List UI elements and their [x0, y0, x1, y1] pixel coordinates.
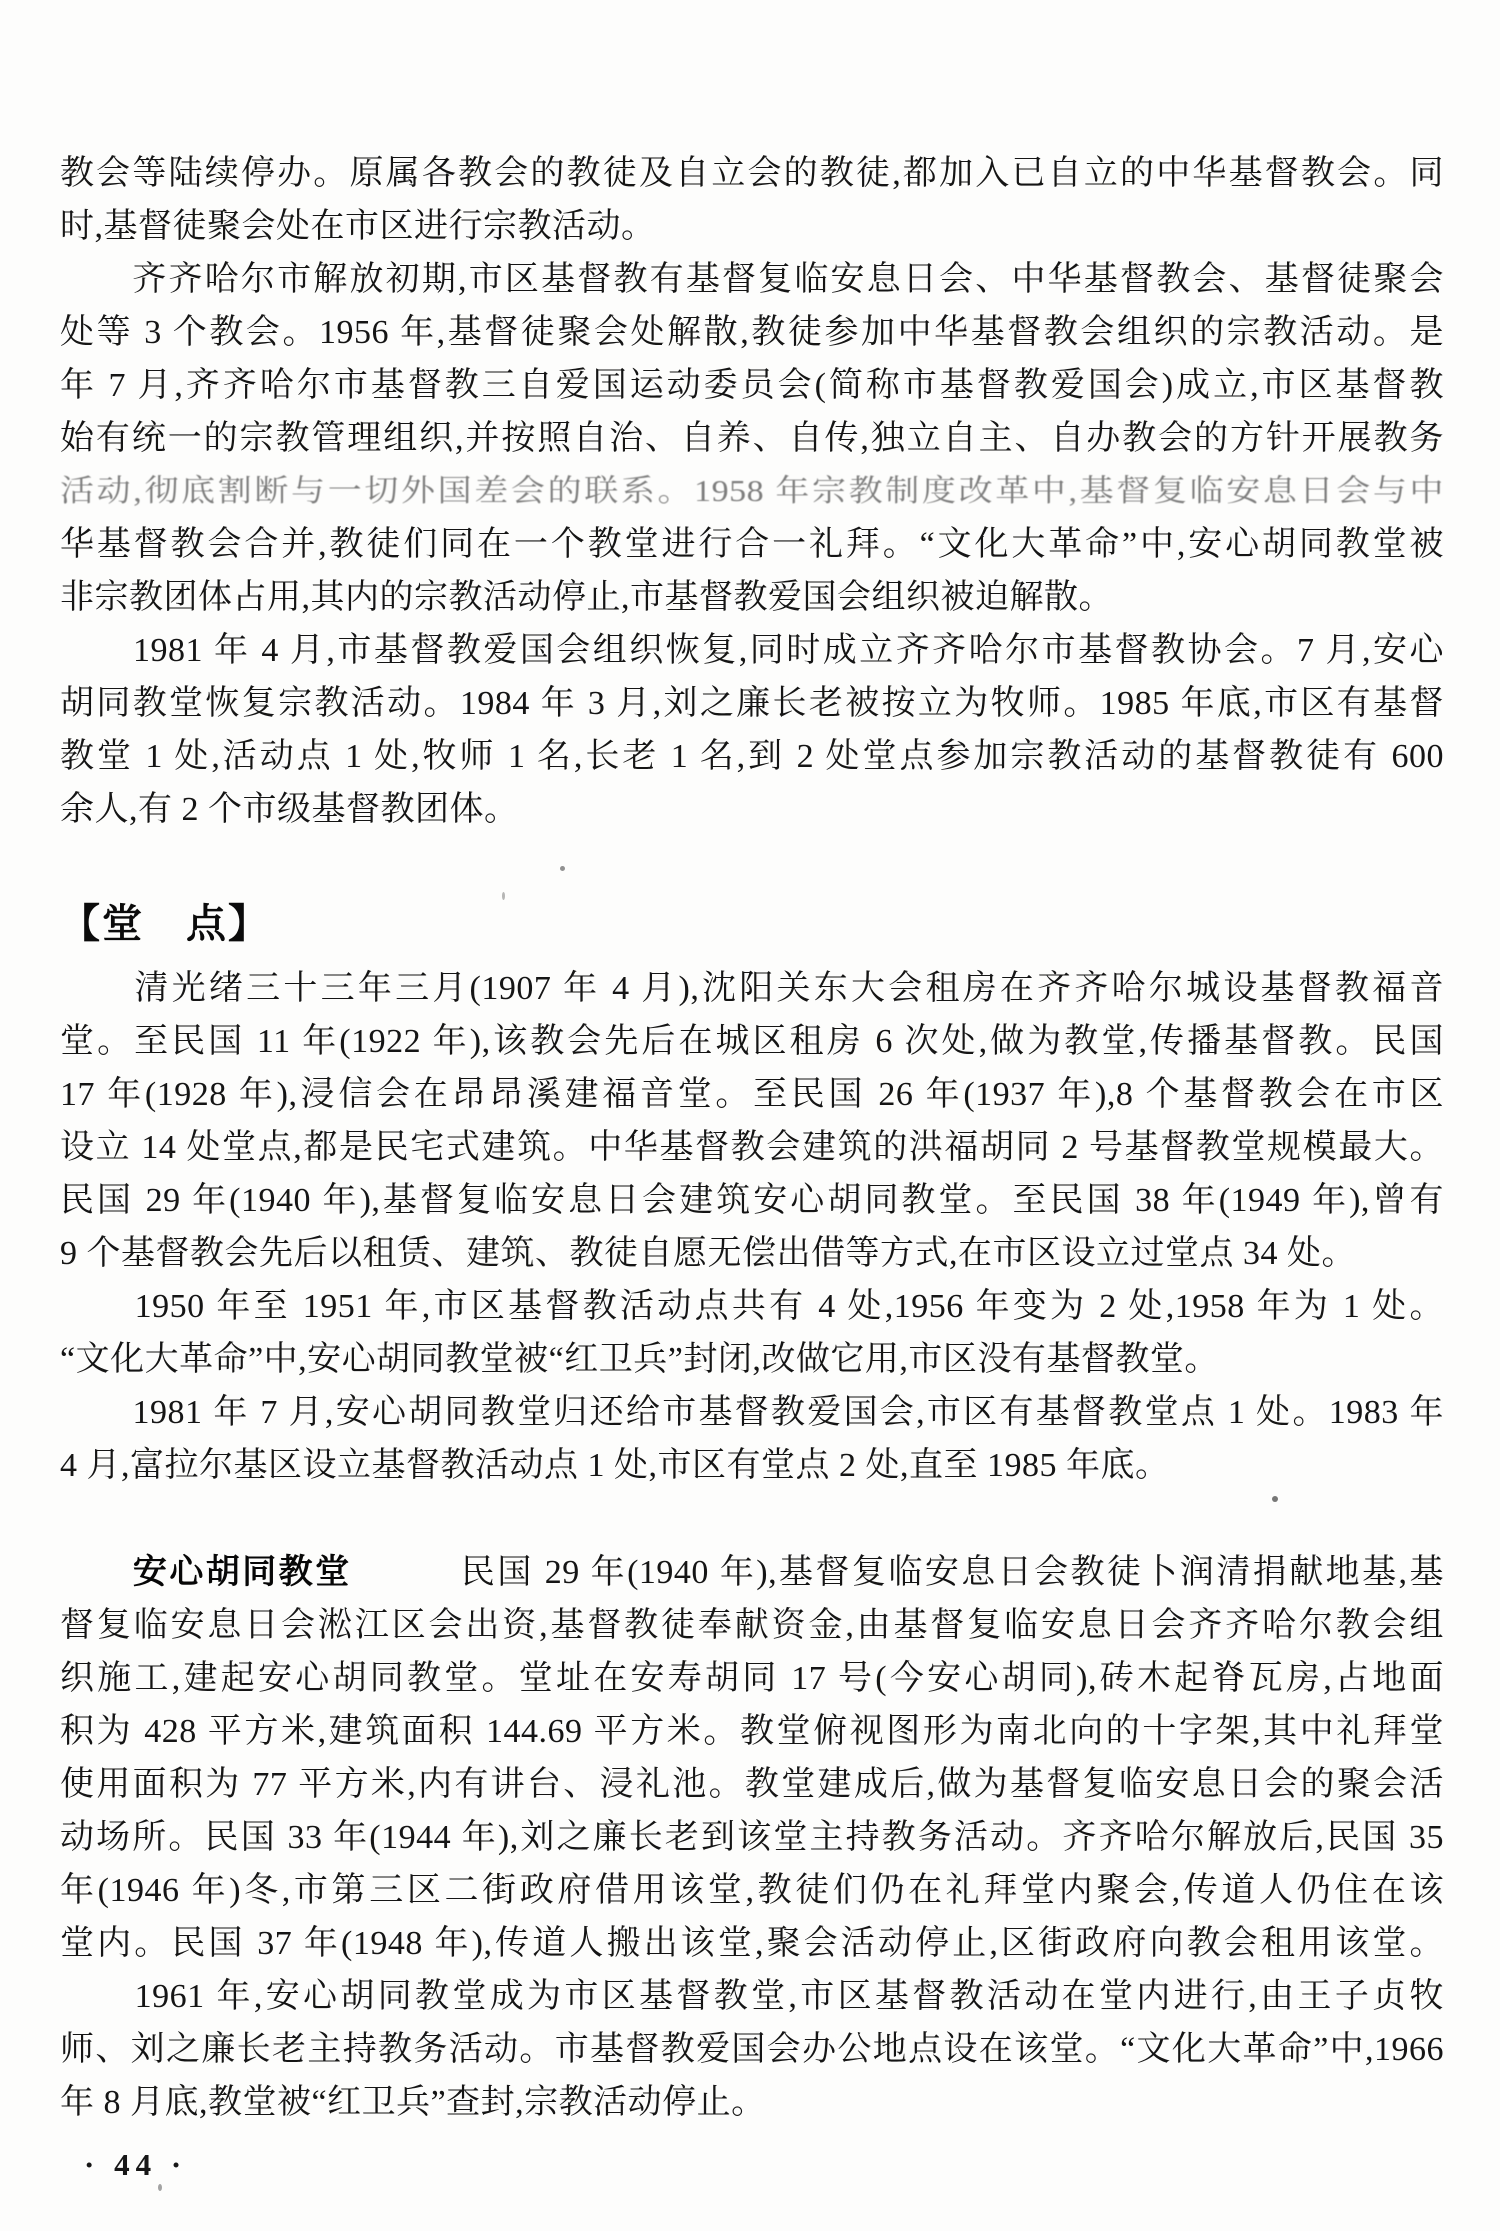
text-line: 时,基督徒聚会处在市区进行宗教活动。 [60, 200, 1444, 253]
text-line: 余人,有 2 个市级基督教团体。 [60, 783, 1444, 836]
text-line: 华基督教会合并,教徒们同在一个教堂进行合一礼拜。“文化大革命”中,安心胡同教堂被 [60, 518, 1444, 571]
entry-indent [60, 1554, 133, 1591]
scan-speck [560, 866, 565, 871]
text-line: 设立 14 处堂点,都是民宅式建筑。中华基督教会建筑的洪福胡同 2 号基督教堂规… [60, 1121, 1444, 1174]
text-line: 教堂 1 处,活动点 1 处,牧师 1 名,长老 1 名,到 2 处堂点参加宗教… [60, 730, 1444, 783]
text-line: 堂内。民国 37 年(1948 年),传道人搬出该堂,聚会活动停止,区街政府向教… [60, 1917, 1444, 1970]
intro-section: 教会等陆续停办。原属各教会的教徒及自立会的教徒,都加入已自立的中华基督教会。同时… [60, 147, 1444, 836]
page-number: · 44 · [60, 2147, 1444, 2183]
tangdian-paragraph-1: 清光绪三十三年三月(1907 年 4 月),沈阳关东大会租房在齐齐哈尔城设基督教… [60, 962, 1444, 1280]
text-line: 1981 年 4 月,市基督教爱国会组织恢复,同时成立齐齐哈尔市基督教协会。7 … [60, 624, 1444, 677]
text-line: 年 7 月,齐齐哈尔市基督教三自爱国运动委员会(简称市基督教爱国会)成立,市区基… [60, 359, 1444, 412]
tangdian-section: 清光绪三十三年三月(1907 年 4 月),沈阳关东大会租房在齐齐哈尔城设基督教… [60, 962, 1444, 1492]
text-line: 师、刘之廉长老主持教务活动。市基督教爱国会办公地点设在该堂。“文化大革命”中,1… [60, 2023, 1444, 2076]
entry-paragraph-1: 督复临安息日会淞江区会出资,基督教徒奉献资金,由基督复临安息日会齐齐哈尔教会组织… [60, 1599, 1444, 1970]
intro-paragraph-3: 1981 年 4 月,市基督教爱国会组织恢复,同时成立齐齐哈尔市基督教协会。7 … [60, 624, 1444, 836]
entry-first-line-text: 民国 29 年(1940 年),基督复临安息日会教徒卜润清捐献地基,基 [461, 1554, 1444, 1591]
entry-paragraph-2: 1961 年,安心胡同教堂成为市区基督教堂,市区基督教活动在堂内进行,由王子贞牧… [60, 1970, 1444, 2129]
entry-title: 安心胡同教堂 [133, 1554, 352, 1591]
text-line: 处等 3 个教会。1956 年,基督徒聚会处解散,教徒参加中华基督教会组织的宗教… [60, 306, 1444, 359]
text-line: 教会等陆续停办。原属各教会的教徒及自立会的教徒,都加入已自立的中华基督教会。同 [60, 147, 1444, 200]
scan-speck [1272, 1496, 1278, 1502]
text-line: 织施工,建起安心胡同教堂。堂址在安寿胡同 17 号(今安心胡同),砖木起脊瓦房,… [60, 1652, 1444, 1705]
text-line: 非宗教团体占用,其内的宗教活动停止,市基督教爱国会组织被迫解散。 [60, 571, 1444, 624]
text-line: 督复临安息日会淞江区会出资,基督教徒奉献资金,由基督复临安息日会齐齐哈尔教会组 [60, 1599, 1444, 1652]
text-line: 积为 428 平方米,建筑面积 144.69 平方米。教堂俯视图形为南北向的十字… [60, 1705, 1444, 1758]
text-line: 年(1946 年)冬,市第三区二街政府借用该堂,教徒们仍在礼拜堂内聚会,传道人仍… [60, 1864, 1444, 1917]
anxin-church-entry: 安心胡同教堂 民国 29 年(1940 年),基督复临安息日会教徒卜润清捐献地基… [60, 1546, 1444, 2129]
intro-paragraph-2: 齐齐哈尔市解放初期,市区基督教有基督复临安息日会、中华基督教会、基督徒聚会处等 … [60, 253, 1444, 624]
text-line: 民国 29 年(1940 年),基督复临安息日会建筑安心胡同教堂。至民国 38 … [60, 1174, 1444, 1227]
text-line: 活动,彻底割断与一切外国差会的联系。1958 年宗教制度改革中,基督复临安息日会… [60, 468, 1444, 516]
text-line: 1961 年,安心胡同教堂成为市区基督教堂,市区基督教活动在堂内进行,由王子贞牧 [60, 1970, 1444, 2023]
text-line: 年 8 月底,教堂被“红卫兵”查封,宗教活动停止。 [60, 2076, 1444, 2129]
text-line: 动场所。民国 33 年(1944 年),刘之廉长老到该堂主持教务活动。齐齐哈尔解… [60, 1811, 1444, 1864]
scan-speck [502, 892, 505, 900]
text-line: 9 个基督教会先后以租赁、建筑、教徒自愿无偿出借等方式,在市区设立过堂点 34 … [60, 1227, 1444, 1280]
text-line: 始有统一的宗教管理组织,并按照自治、自养、自传,独立自主、自办教会的方针开展教务 [60, 412, 1444, 465]
text-block: 教会等陆续停办。原属各教会的教徒及自立会的教徒,都加入已自立的中华基督教会。同时… [60, 147, 1444, 2183]
tangdian-paragraph-2: 1950 年至 1951 年,市区基督教活动点共有 4 处,1956 年变为 2… [60, 1280, 1444, 1386]
section-header-tangdian: 【堂 点】 [60, 896, 1444, 952]
text-line: 堂。至民国 11 年(1922 年),该教会先后在城区租房 6 次处,做为教堂,… [60, 1015, 1444, 1068]
text-line: 使用面积为 77 平方米,内有讲台、浸礼池。教堂建成后,做为基督复临安息日会的聚… [60, 1758, 1444, 1811]
text-line: 1950 年至 1951 年,市区基督教活动点共有 4 处,1956 年变为 2… [60, 1280, 1444, 1333]
text-line: 1981 年 7 月,安心胡同教堂归还给市基督教爱国会,市区有基督教堂点 1 处… [60, 1386, 1444, 1439]
entry-title-gap [352, 1554, 461, 1591]
entry-first-line: 安心胡同教堂 民国 29 年(1940 年),基督复临安息日会教徒卜润清捐献地基… [60, 1546, 1444, 1599]
scan-speck [158, 2184, 162, 2191]
text-line: “文化大革命”中,安心胡同教堂被“红卫兵”封闭,改做它用,市区没有基督教堂。 [60, 1333, 1444, 1386]
document-page: 教会等陆续停办。原属各教会的教徒及自立会的教徒,都加入已自立的中华基督教会。同时… [0, 0, 1500, 2231]
tangdian-paragraph-3: 1981 年 7 月,安心胡同教堂归还给市基督教爱国会,市区有基督教堂点 1 处… [60, 1386, 1444, 1492]
text-line: 齐齐哈尔市解放初期,市区基督教有基督复临安息日会、中华基督教会、基督徒聚会 [60, 253, 1444, 306]
text-line: 4 月,富拉尔基区设立基督教活动点 1 处,市区有堂点 2 处,直至 1985 … [60, 1439, 1444, 1492]
intro-paragraph-1: 教会等陆续停办。原属各教会的教徒及自立会的教徒,都加入已自立的中华基督教会。同时… [60, 147, 1444, 253]
text-line: 胡同教堂恢复宗教活动。1984 年 3 月,刘之廉长老被按立为牧师。1985 年… [60, 677, 1444, 730]
text-line: 清光绪三十三年三月(1907 年 4 月),沈阳关东大会租房在齐齐哈尔城设基督教… [60, 962, 1444, 1015]
text-line: 17 年(1928 年),浸信会在昂昂溪建福音堂。至民国 26 年(1937 年… [60, 1068, 1444, 1121]
